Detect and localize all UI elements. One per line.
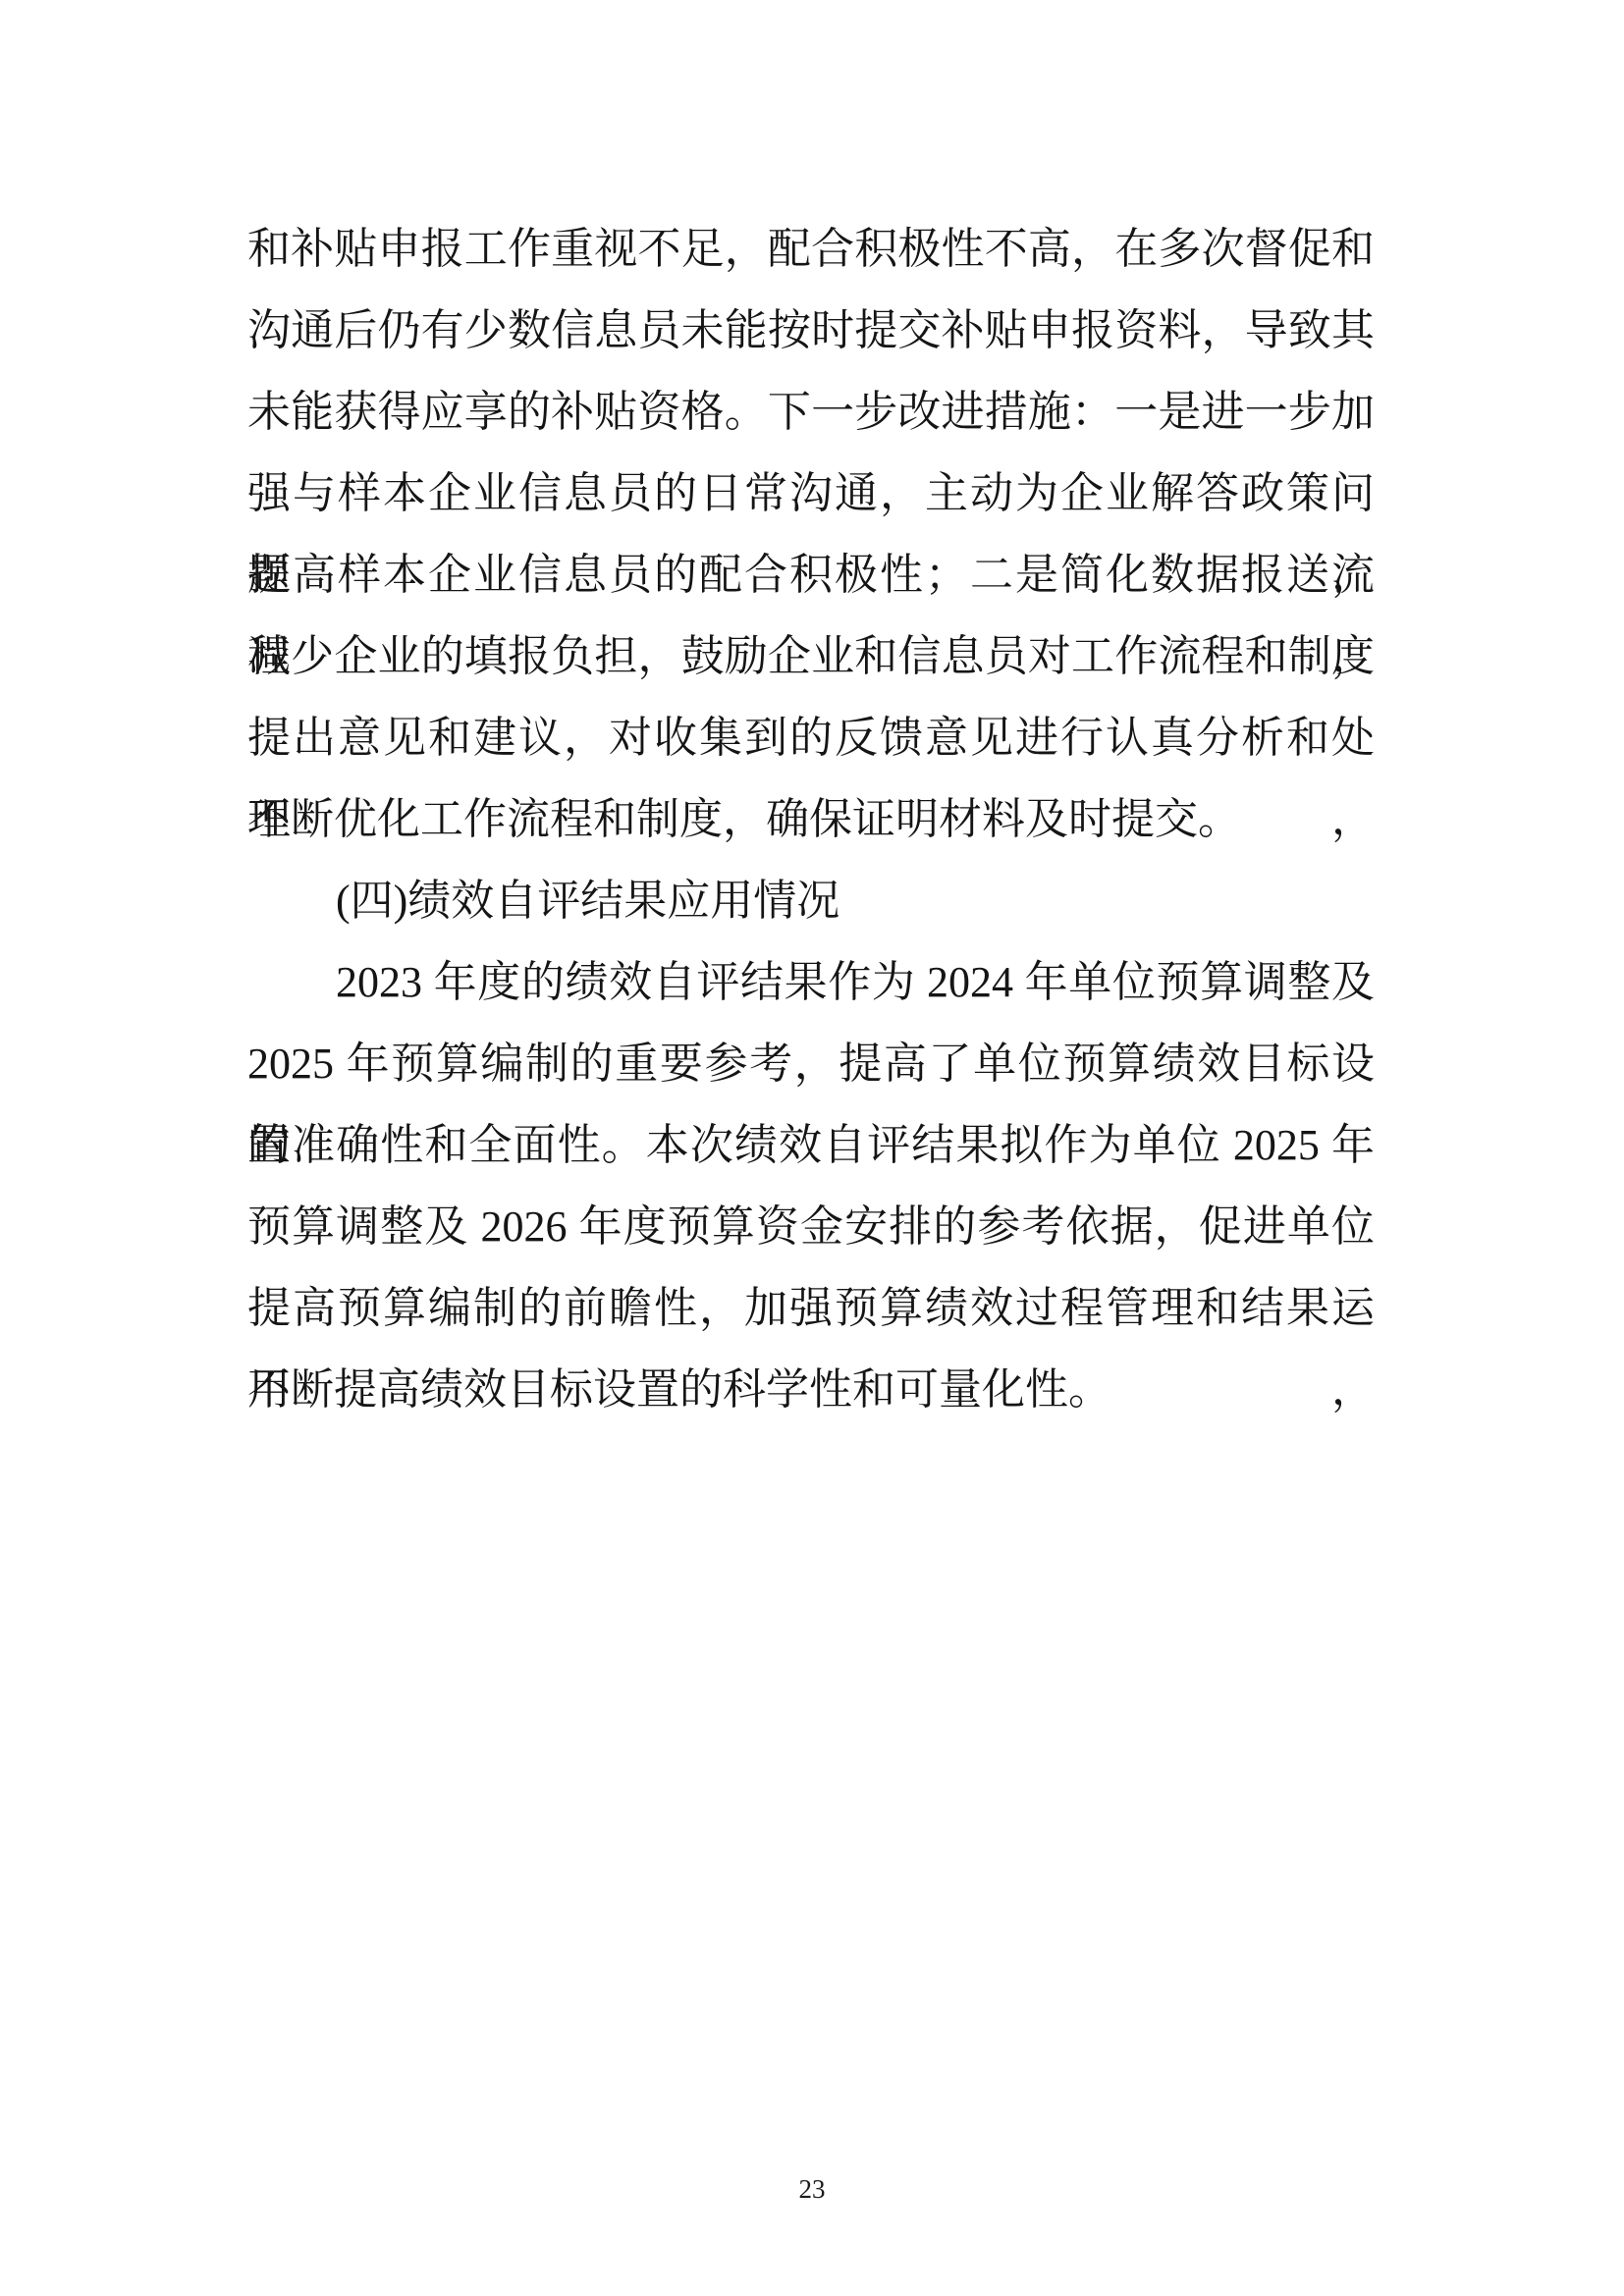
paragraph-line: 强与样本企业信息员的日常沟通，主动为企业解答政策问题， <box>247 453 1375 534</box>
page-number: 23 <box>0 2167 1624 2211</box>
paragraph-line: 减少企业的填报负担，鼓励企业和信息员对工作流程和制度 <box>247 615 1375 697</box>
document-page: 和补贴申报工作重视不足，配合积极性不高，在多次督促和 沟通后仍有少数信息员未能按… <box>0 0 1624 2296</box>
paragraph-line: 沟通后仍有少数信息员未能按时提交补贴申报资料，导致其 <box>247 290 1375 371</box>
paragraph-line: 和补贴申报工作重视不足，配合积极性不高，在多次督促和 <box>247 208 1375 290</box>
paragraph-line: 2025 年预算编制的重要参考，提高了单位预算绩效目标设置 <box>247 1023 1375 1104</box>
paragraph-line: 提出意见和建议，对收集到的反馈意见进行认真分析和处理， <box>247 697 1375 778</box>
paragraph-line: 预算调整及 2026 年度预算资金安排的参考依据，促进单位 <box>247 1186 1375 1267</box>
paragraph-line: 未能获得应享的补贴资格。下一步改进措施：一是进一步加 <box>247 371 1375 453</box>
paragraph-line: 不断优化工作流程和制度，确保证明材料及时提交。 <box>247 778 1375 860</box>
paragraph-line: 的准确性和全面性。本次绩效自评结果拟作为单位 2025 年 <box>247 1104 1375 1186</box>
paragraph-line: 提高样本企业信息员的配合积极性；二是简化数据报送流程， <box>247 534 1375 615</box>
section-heading: (四)绩效自评结果应用情况 <box>247 860 1375 941</box>
text-block: 和补贴申报工作重视不足，配合积极性不高，在多次督促和 沟通后仍有少数信息员未能按… <box>247 208 1375 1430</box>
paragraph-line: 2023 年度的绩效自评结果作为 2024 年单位预算调整及 <box>247 941 1375 1023</box>
paragraph-line: 提高预算编制的前瞻性，加强预算绩效过程管理和结果运用， <box>247 1267 1375 1349</box>
